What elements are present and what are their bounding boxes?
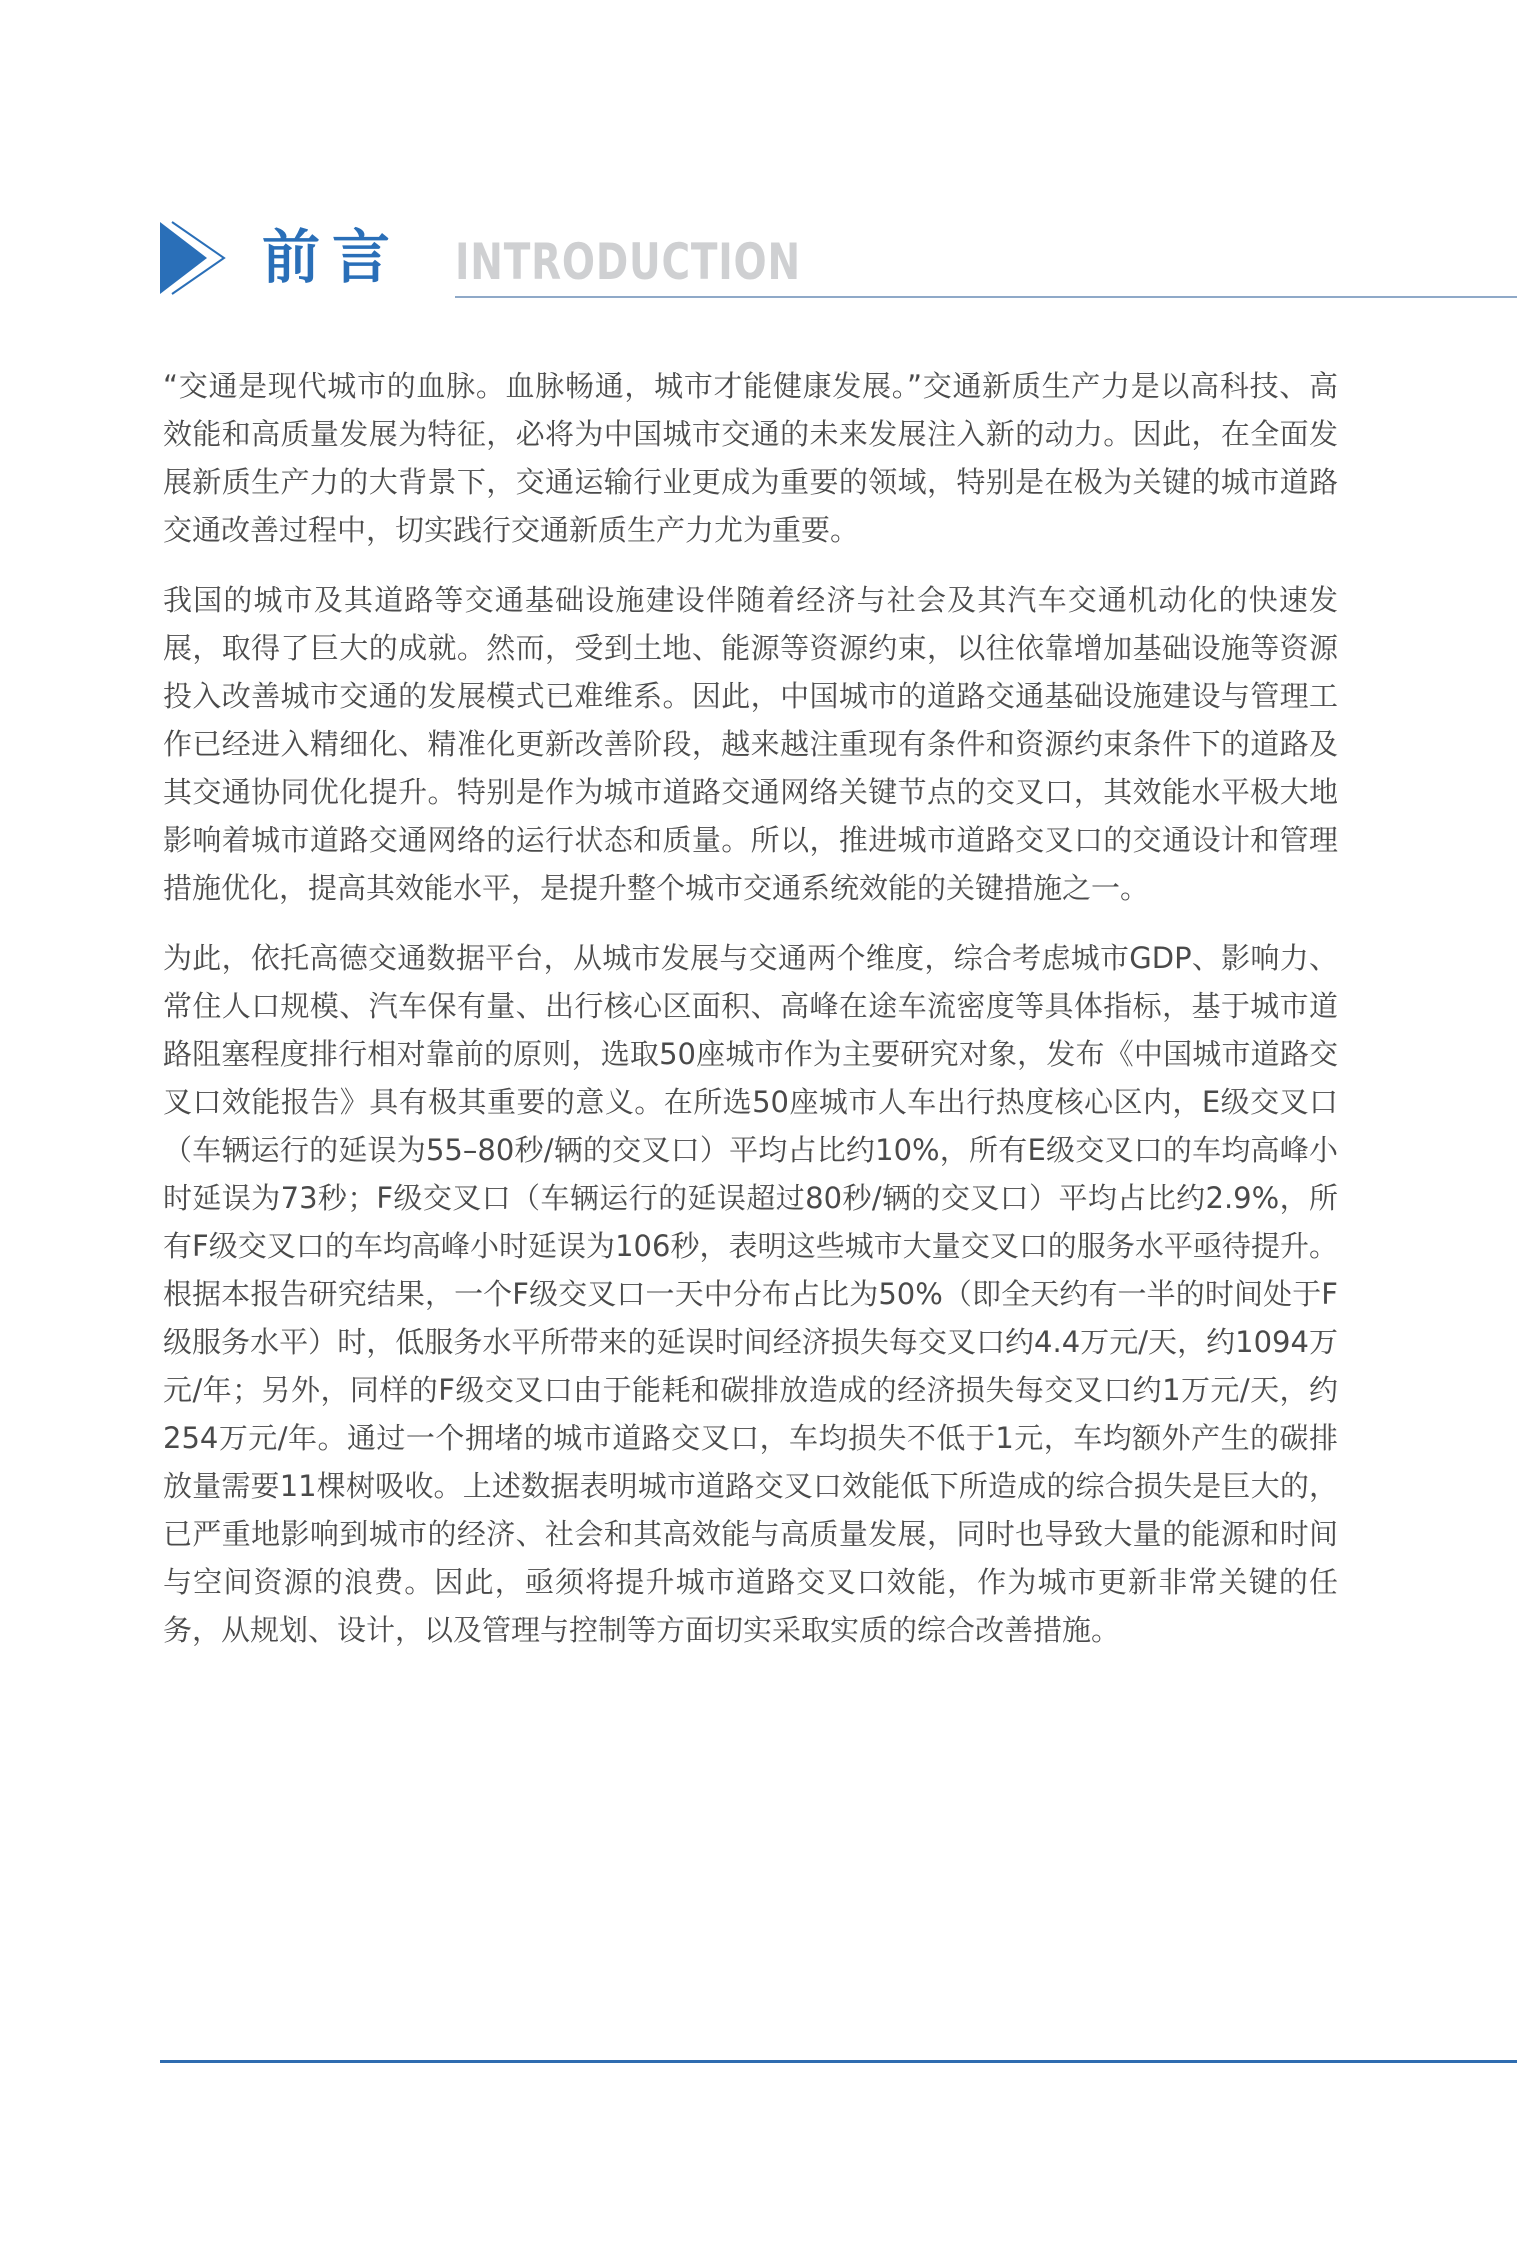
paragraph-1: “交通是现代城市的血脉。血脉畅通，城市才能健康发展。”交通新质生产力是以高科技、… [163, 362, 1338, 554]
header-divider [455, 296, 1517, 298]
page-subtitle-english: INTRODUCTION [455, 232, 801, 292]
paragraph-3: 为此，依托高德交通数据平台，从城市发展与交通两个维度，综合考虑城市GDP、影响力… [163, 934, 1338, 1654]
section-header: 前言 INTRODUCTION [0, 0, 1517, 320]
double-chevron-right-icon [158, 220, 230, 296]
paragraph-2: 我国的城市及其道路等交通基础设施建设伴随着经济与社会及其汽车交通机动化的快速发展… [163, 576, 1338, 912]
footer-divider [160, 2060, 1517, 2063]
body-text: “交通是现代城市的血脉。血脉畅通，城市才能健康发展。”交通新质生产力是以高科技、… [163, 362, 1338, 1676]
page-title: 前言 [262, 222, 402, 292]
